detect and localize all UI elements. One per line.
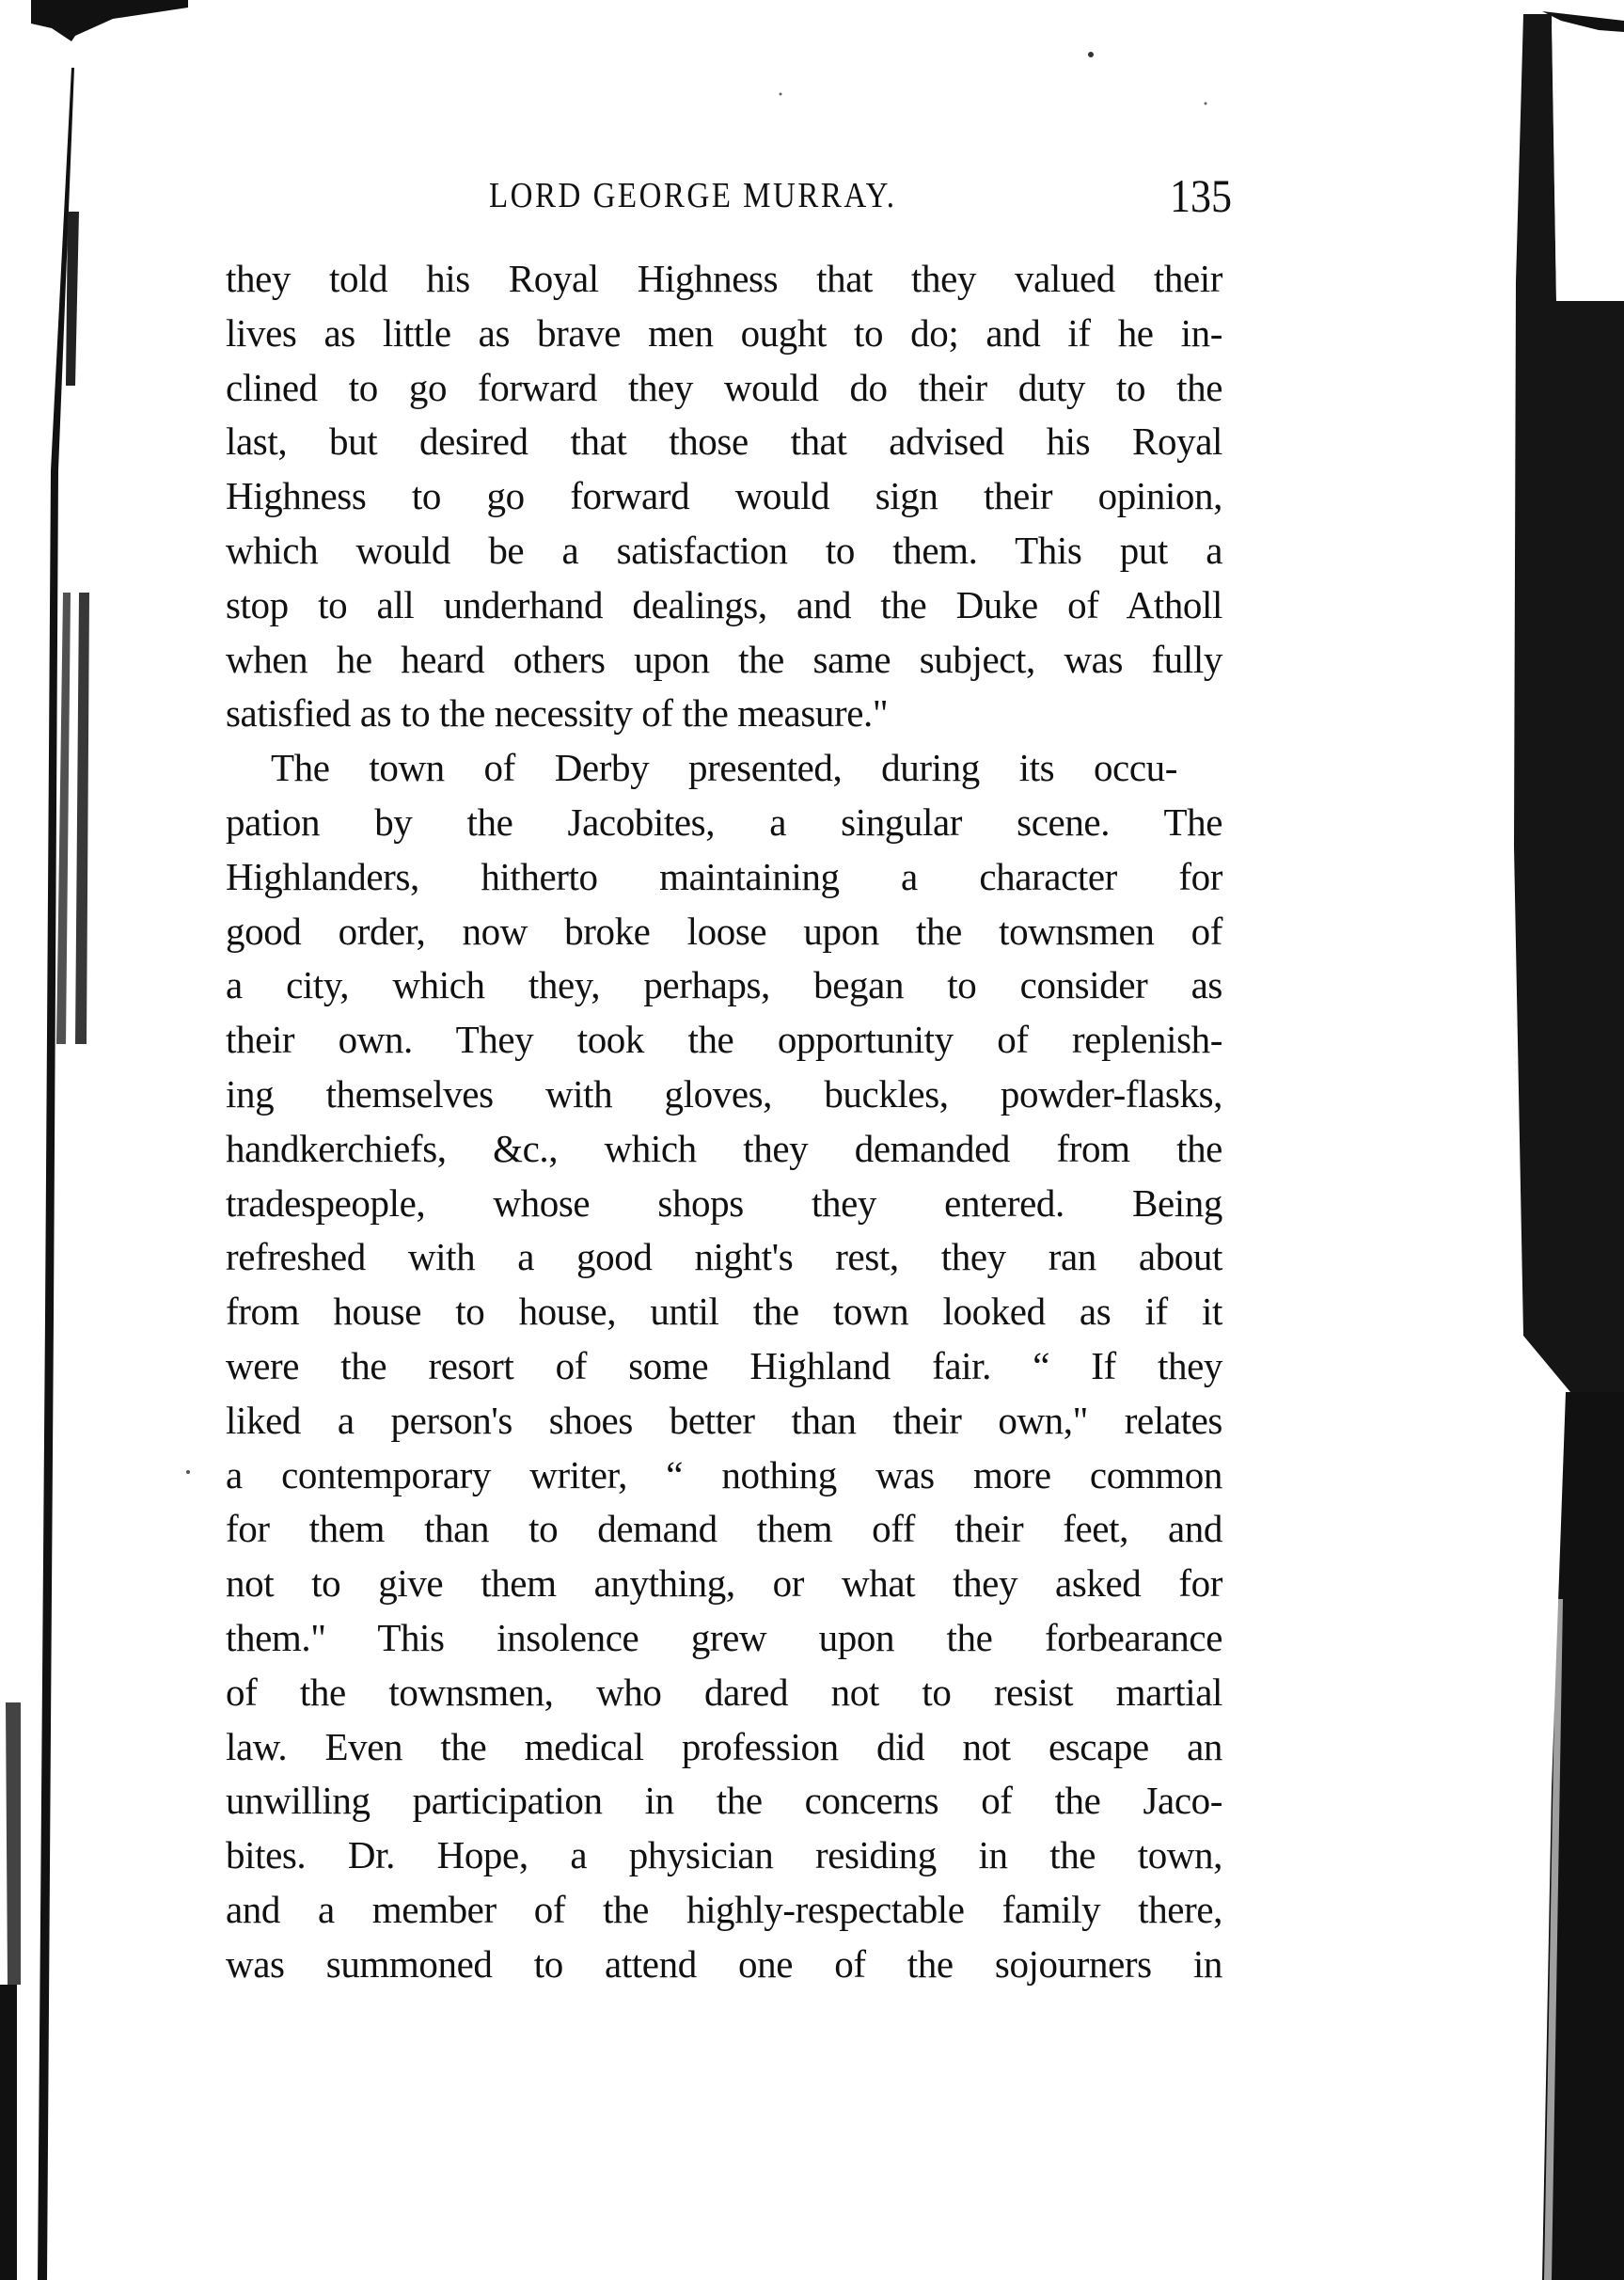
text-line: their own. They took the opportunity of …: [226, 1013, 1222, 1068]
text-line: from house to house, until the town look…: [226, 1285, 1222, 1339]
text-line: pation by the Jacobites, a singular scen…: [226, 796, 1222, 850]
text-line: not to give them anything, or what they …: [226, 1557, 1222, 1611]
text-line: bites. Dr. Hope, a physician residing in…: [226, 1829, 1222, 1883]
text-line: liked a person's shoes better than their…: [226, 1394, 1222, 1449]
text-line: The town of Derby presented, during its …: [226, 741, 1222, 796]
text-line: tradespeople, whose shops they entered. …: [226, 1177, 1222, 1231]
text-line: law. Even the medical profession did not…: [226, 1720, 1222, 1775]
text-line: when he heard others upon the same subje…: [226, 633, 1222, 688]
text-line: and a member of the highly-respectable f…: [226, 1883, 1222, 1938]
text-line: a city, which they, perhaps, began to co…: [226, 958, 1222, 1013]
text-line: which would be a satisfaction to them. T…: [226, 524, 1222, 578]
text-line: ing themselves with gloves, buckles, pow…: [226, 1068, 1222, 1122]
text-line: lives as little as brave men ought to do…: [226, 307, 1222, 361]
running-head-title: LORD GEORGE MURRAY.: [489, 177, 896, 217]
text-line: unwilling participation in the concerns …: [226, 1774, 1222, 1829]
text-line: of the townsmen, who dared not to resist…: [226, 1666, 1222, 1720]
running-head: LORD GEORGE MURRAY. 135: [489, 169, 1232, 226]
text-line: stop to all underhand dealings, and the …: [226, 578, 1222, 633]
text-line: were the resort of some Highland fair. “…: [226, 1339, 1222, 1394]
scanned-book-page: LORD GEORGE MURRAY. 135 they told his Ro…: [0, 0, 1624, 2280]
text-line: good order, now broke loose upon the tow…: [226, 905, 1222, 959]
text-line: satisfied as to the necessity of the mea…: [226, 687, 1222, 741]
text-line: Highness to go forward would sign their …: [226, 469, 1222, 524]
paragraph-2: The town of Derby presented, during its …: [226, 741, 1222, 1991]
text-line: last, but desired that those that advise…: [226, 415, 1222, 469]
page-number: 135: [1170, 169, 1232, 223]
text-line: refreshed with a good night's rest, they…: [226, 1230, 1222, 1285]
text-line: a contemporary writer, “ nothing was mor…: [226, 1449, 1222, 1503]
text-line: clined to go forward they would do their…: [226, 361, 1222, 416]
body-text: they told his Royal Highness that they v…: [226, 252, 1222, 1992]
text-line: was summoned to attend one of the sojour…: [226, 1938, 1222, 1992]
paragraph-1: they told his Royal Highness that they v…: [226, 252, 1222, 741]
text-line: Highlanders, hitherto maintaining a char…: [226, 850, 1222, 905]
text-line: handkerchiefs, &c., which they demanded …: [226, 1122, 1222, 1177]
text-line: they told his Royal Highness that they v…: [226, 252, 1222, 307]
text-line: for them than to demand them off their f…: [226, 1502, 1222, 1557]
text-line: them." This insolence grew upon the forb…: [226, 1611, 1222, 1666]
